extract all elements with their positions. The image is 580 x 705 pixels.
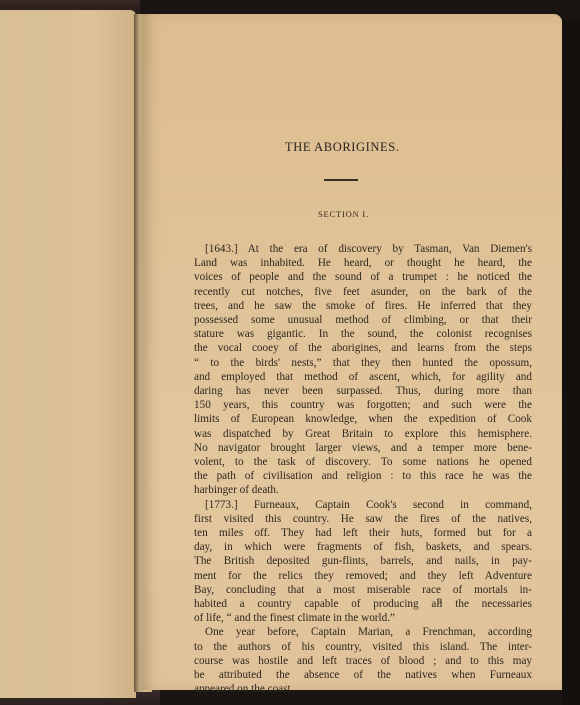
text-line: course was hostile and left traces of bl… — [194, 654, 532, 668]
left-page — [0, 10, 136, 698]
text-line: Land was inhabited. He heard, or thought… — [194, 256, 532, 270]
page-edge-shadow — [562, 20, 580, 705]
text-line: appeared on the coast. — [194, 682, 532, 696]
text-line: limits of European knowledge, when the e… — [194, 412, 532, 426]
text-line: daring has never been surpassed. Thus, d… — [194, 384, 532, 398]
text-line: be attributed the absence of the natives… — [194, 668, 532, 682]
text-line: 150 years, this country was forgotten; a… — [194, 398, 532, 412]
text-line: habited a country capable of producing a… — [194, 597, 532, 611]
text-line: [1773.] Furneaux, Captain Cook's second … — [205, 498, 532, 512]
text-line: stature was gigantic. In the sound, the … — [194, 327, 532, 341]
text-line: “ to the birds' nests,” that they then h… — [194, 356, 532, 370]
text-line: day, in which were fragments of fish, ba… — [194, 540, 532, 554]
text-line: possessed some unusual method of climbin… — [194, 313, 532, 327]
text-line: to the authors of his country, visited t… — [194, 640, 532, 654]
signature-mark: B — [437, 597, 442, 606]
text-line: ten miles off. They had left their huts,… — [194, 526, 532, 540]
text-line: One year before, Captain Marian, a Frenc… — [205, 625, 532, 639]
text-line: the vocal cooey of the aborigines, and l… — [194, 341, 532, 355]
title-rule — [324, 179, 358, 181]
text-line: trees, and he saw the smoke of fires. He… — [194, 299, 532, 313]
text-line: and employed that method of ascent, whic… — [194, 370, 532, 384]
text-line: The British deposited gun-flints, barrel… — [194, 554, 532, 568]
section-heading: SECTION I. — [318, 209, 369, 219]
page-title: THE ABORIGINES. — [285, 140, 415, 155]
text-line: volent, to the task of discovery. To som… — [194, 455, 532, 469]
text-line: first visited this country. He saw the f… — [194, 512, 532, 526]
text-line: of life, “ and the finest climate in the… — [194, 611, 532, 625]
text-line: recently cut notches, five feet asunder,… — [194, 285, 532, 299]
text-line: was dispatched by Great Britain to explo… — [194, 427, 532, 441]
text-line: Bay, concluding that a most miserable ra… — [194, 583, 532, 597]
text-line: No navigator brought larger views, and a… — [194, 441, 532, 455]
text-line: voices of people and the sound of a trum… — [194, 270, 532, 284]
text-line: harbinger of death. — [194, 483, 532, 497]
text-line: ment for the relics they removed; and th… — [194, 569, 532, 583]
text-line: [1643.] At the era of discovery by Tasma… — [205, 242, 532, 256]
text-line: the path of civilisation and religion : … — [194, 469, 532, 483]
